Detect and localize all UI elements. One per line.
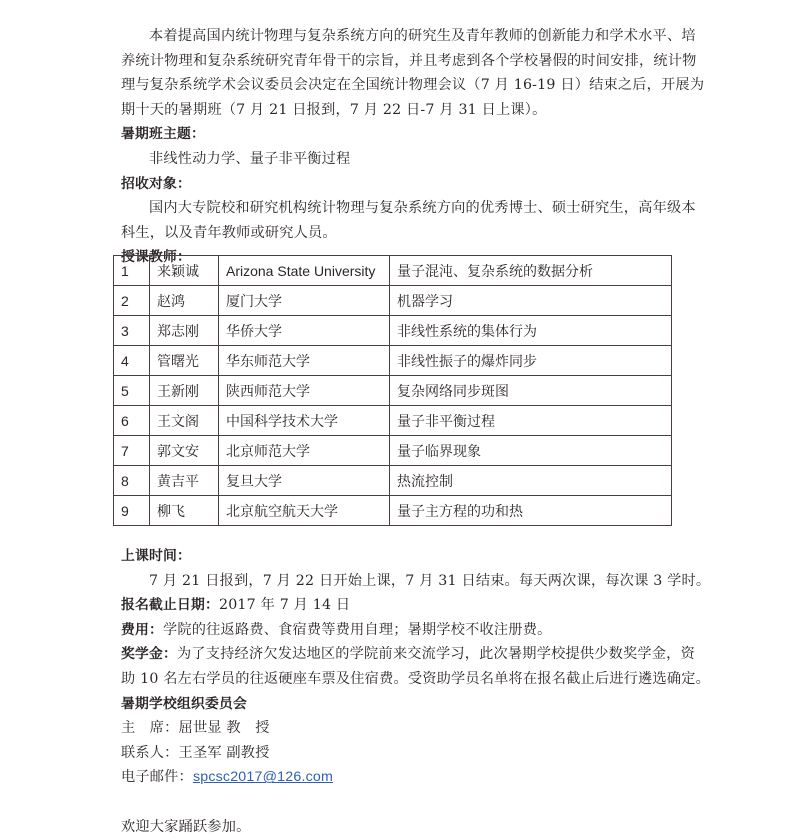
document-body: 本着提高国内统计物理与复杂系统方向的研究生及青年教师的创新能力和学术水平、培 养… (121, 24, 679, 270)
audience-line: 科生，以及青年教师或研究人员。 (121, 221, 679, 246)
cell-no: 8 (114, 466, 150, 496)
intro-paragraph: 本着提高国内统计物理与复杂系统方向的研究生及青年教师的创新能力和学术水平、培 养… (121, 24, 679, 122)
cell-name: 来颖诚 (150, 256, 219, 286)
cell-topic: 热流控制 (390, 466, 672, 496)
intro-line: 理与复杂系统学术会议委员会决定在全国统计物理会议（7 月 16-19 日）结束之… (121, 73, 679, 98)
cell-institution: Arizona State University (219, 256, 390, 286)
email-link[interactable]: spcsc2017@126.com (193, 769, 333, 785)
cell-name: 赵鸿 (150, 286, 219, 316)
fees-line: 费用：学院的往返路费、食宿费等费用自理；暑期学校不收注册费。 (121, 618, 681, 643)
cell-name: 柳飞 (150, 496, 219, 526)
teachers-table: 1 来颖诚 Arizona State University 量子混沌、复杂系统… (113, 255, 672, 526)
closing-text: 欢迎大家踊跃参加。 (121, 815, 681, 840)
table-row: 7 郭文安 北京师范大学 量子临界现象 (114, 436, 672, 466)
cell-no: 2 (114, 286, 150, 316)
cell-institution: 北京航空航天大学 (219, 496, 390, 526)
table-row: 6 王文阁 中国科学技术大学 量子非平衡过程 (114, 406, 672, 436)
fees-label: 费用： (121, 622, 163, 638)
cell-name: 王文阁 (150, 406, 219, 436)
cell-topic: 量子主方程的功和热 (390, 496, 672, 526)
cell-topic: 机器学习 (390, 286, 672, 316)
table-row: 5 王新刚 陕西师范大学 复杂网络同步斑图 (114, 376, 672, 406)
table-row: 3 郑志刚 华侨大学 非线性系统的集体行为 (114, 316, 672, 346)
cell-topic: 量子临界现象 (390, 436, 672, 466)
cell-name: 王新刚 (150, 376, 219, 406)
cell-institution: 中国科学技术大学 (219, 406, 390, 436)
schedule-heading: 上课时间： (121, 544, 681, 569)
table-row: 4 管曙光 华东师范大学 非线性振子的爆炸同步 (114, 346, 672, 376)
details-section: 上课时间： 7 月 21 日报到，7 月 22 日开始上课，7 月 31 日结束… (121, 544, 681, 839)
cell-topic: 复杂网络同步斑图 (390, 376, 672, 406)
deadline-line: 报名截止日期：2017 年 7 月 14 日 (121, 593, 681, 618)
cell-institution: 厦门大学 (219, 286, 390, 316)
blank-line (121, 790, 681, 815)
fees-value: 学院的往返路费、食宿费等费用自理；暑期学校不收注册费。 (163, 622, 551, 638)
cell-no: 3 (114, 316, 150, 346)
cell-institution: 北京师范大学 (219, 436, 390, 466)
audience-line: 国内大专院校和研究机构统计物理与复杂系统方向的优秀博士、硕士研究生，高年级本 (121, 196, 679, 221)
cell-name: 管曙光 (150, 346, 219, 376)
cell-no: 6 (114, 406, 150, 436)
cell-no: 9 (114, 496, 150, 526)
cell-topic: 量子混沌、复杂系统的数据分析 (390, 256, 672, 286)
cell-institution: 陕西师范大学 (219, 376, 390, 406)
schedule-text: 7 月 21 日报到，7 月 22 日开始上课，7 月 31 日结束。每天两次课… (121, 569, 681, 594)
cell-topic: 量子非平衡过程 (390, 406, 672, 436)
table-row: 1 来颖诚 Arizona State University 量子混沌、复杂系统… (114, 256, 672, 286)
cell-no: 4 (114, 346, 150, 376)
cell-no: 5 (114, 376, 150, 406)
audience-heading: 招收对象： (121, 172, 679, 197)
cell-no: 7 (114, 436, 150, 466)
cell-topic: 非线性系统的集体行为 (390, 316, 672, 346)
intro-line: 养统计物理和复杂系统研究青年骨干的宗旨，并且考虑到各个学校暑假的时间安排，统计物 (121, 49, 679, 74)
deadline-label: 报名截止日期： (121, 597, 219, 613)
cell-institution: 复旦大学 (219, 466, 390, 496)
committee-chair: 主 席：屈世显 教 授 (121, 716, 681, 741)
deadline-value: 2017 年 7 月 14 日 (219, 597, 350, 613)
scholarship-label: 奖学金： (121, 646, 177, 662)
scholarship-line: 奖学金：为了支持经济欠发达地区的学院前来交流学习，此次暑期学校提供少数奖学金，资 (121, 642, 681, 667)
cell-institution: 华东师范大学 (219, 346, 390, 376)
cell-institution: 华侨大学 (219, 316, 390, 346)
scholarship-text: 为了支持经济欠发达地区的学院前来交流学习，此次暑期学校提供少数奖学金，资 (177, 646, 695, 662)
email-label: 电子邮件： (121, 769, 193, 785)
theme-text: 非线性动力学、量子非平衡过程 (121, 147, 679, 172)
cell-topic: 非线性振子的爆炸同步 (390, 346, 672, 376)
table-row: 9 柳飞 北京航空航天大学 量子主方程的功和热 (114, 496, 672, 526)
intro-line: 期十天的暑期班（7 月 21 日报到，7 月 22 日-7 月 31 日上课）。 (121, 98, 679, 123)
table-row: 2 赵鸿 厦门大学 机器学习 (114, 286, 672, 316)
cell-name: 郭文安 (150, 436, 219, 466)
cell-name: 黄吉平 (150, 466, 219, 496)
theme-heading: 暑期班主题： (121, 122, 679, 147)
committee-contact: 联系人：王圣军 副教授 (121, 741, 681, 766)
scholarship-text-cont: 助 10 名左右学员的往返硬座车票及住宿费。受资助学员名单将在报名截止后进行遴选… (121, 667, 681, 692)
intro-line: 本着提高国内统计物理与复杂系统方向的研究生及青年教师的创新能力和学术水平、培 (121, 24, 679, 49)
committee-heading: 暑期学校组织委员会 (121, 692, 681, 717)
cell-name: 郑志刚 (150, 316, 219, 346)
cell-no: 1 (114, 256, 150, 286)
committee-email-line: 电子邮件：spcsc2017@126.com (121, 765, 681, 790)
table-row: 8 黄吉平 复旦大学 热流控制 (114, 466, 672, 496)
